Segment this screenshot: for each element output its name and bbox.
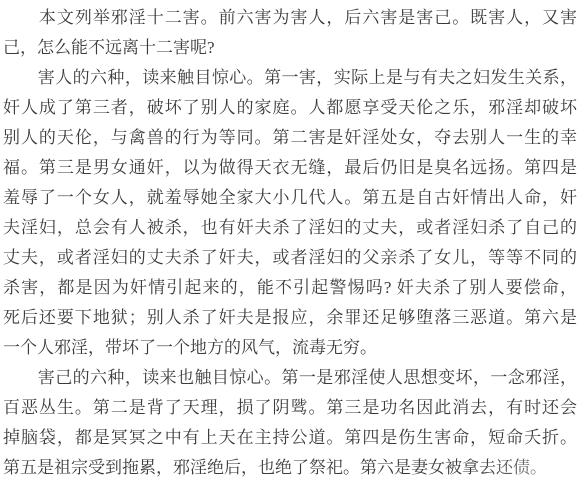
text-line: 第五是祖宗受到拖累，邪淫绝后，也绝了祭祀。第六是妻女被拿去还债。	[3, 453, 577, 483]
text-line: 害人的六种，读来触目惊心。第一害，实际上是与有夫之妇发生关系，	[3, 63, 577, 93]
text-line: 己，怎么能不远离十二害呢?	[3, 33, 577, 63]
text-line: 福。第三是男女通奸，以为做得天衣无缝，最后仍旧是臭名远扬。第四是	[3, 153, 577, 183]
text-line: 别人的天伦，与禽兽的行为等同。第二害是奸淫处女，夺去别人一生的幸	[3, 123, 577, 153]
text-line: 本文列举邪淫十二害。前六害为害人，后六害是害己。既害人，又害	[3, 3, 577, 33]
text-line: 死后还要下地狱；别人杀了奸夫是报应，余罪还足够堕落三恶道。第六是	[3, 303, 577, 333]
text-line: 一个人邪淫，带坏了一个地方的风气，流毒无穷。	[3, 333, 577, 363]
text-line: 奸人成了第三者，破坏了别人的家庭。人都愿享受天伦之乐，邪淫却破坏	[3, 93, 577, 123]
text-line: 害己的六种，读来也触目惊心。第一是邪淫使人思想变坏，一念邪淫，	[3, 363, 577, 393]
text-line: 掉脑袋，都是冥冥之中有上天在主持公道。第四是伤生害命，短命夭折。	[3, 423, 577, 453]
text-line: 夫淫妇，总会有人被杀，也有奸夫杀了淫妇的丈夫，或者淫妇杀了自己的	[3, 213, 577, 243]
text-line: 羞辱了一个女人，就羞辱她全家大小几代人。第五是自古奸情出人命，奸	[3, 183, 577, 213]
text-line: 百恶丛生。第二是背了天理，损了阴骘。第三是功名因此消去，有时还会	[3, 393, 577, 423]
article-text: 本文列举邪淫十二害。前六害为害人，后六害是害己。既害人，又害 己，怎么能不远离十…	[0, 0, 580, 483]
text-line: 杀害，都是因为奸情引起来的，能不引起警惕吗? 奸夫杀了别人要偿命，	[3, 273, 577, 303]
text-line: 丈夫，或者淫妇的丈夫杀了奸夫，或者淫妇的父亲杀了女儿，等等不同的	[3, 243, 577, 273]
